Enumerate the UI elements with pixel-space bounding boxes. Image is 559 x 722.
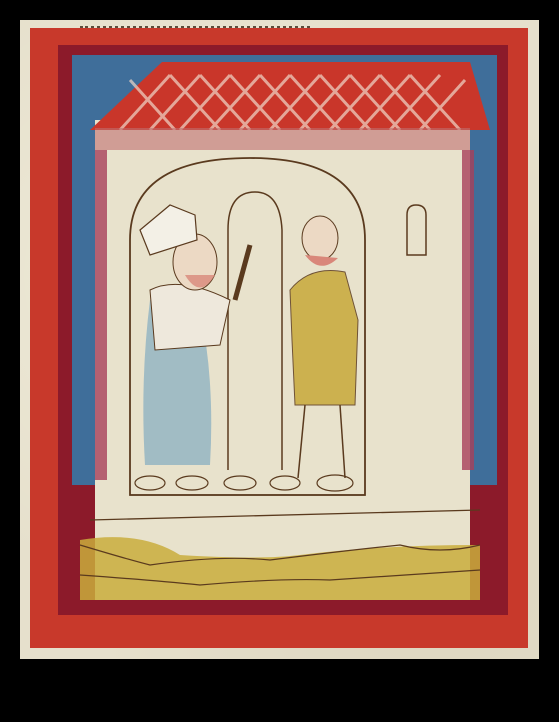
youth-head xyxy=(302,216,338,260)
miniature-illustration xyxy=(0,0,559,722)
youth-tunic xyxy=(290,270,358,405)
roof-eave xyxy=(95,128,470,150)
